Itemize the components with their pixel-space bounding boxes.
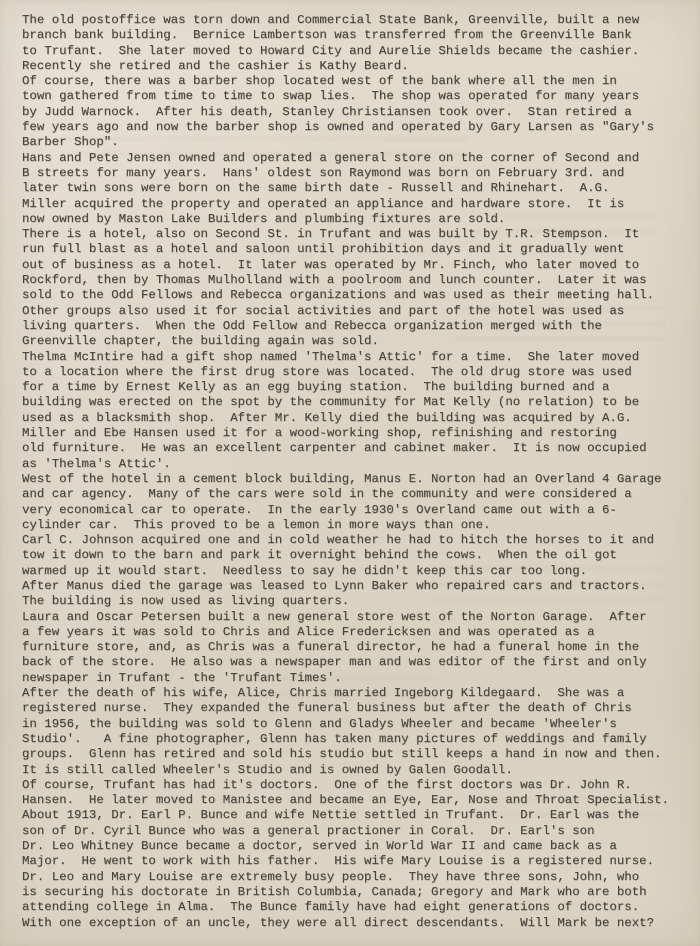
text-line: sold to the Odd Fellows and Rebecca orga…: [22, 288, 690, 303]
text-line: tow it down to the barn and park it over…: [22, 548, 690, 563]
text-line: Dr. Leo Whitney Bunce became a doctor, s…: [22, 839, 690, 854]
text-line: attending college in Alma. The Bunce fam…: [22, 900, 690, 915]
text-line: Major. He went to work with his father. …: [22, 854, 690, 869]
text-line: to Trufant. She later moved to Howard Ci…: [22, 44, 690, 59]
text-line: The old postoffice was torn down and Com…: [22, 13, 690, 28]
text-line: building was erected on the spot by the …: [22, 395, 690, 410]
text-line: out of business as a hotel. It later was…: [22, 258, 690, 273]
text-line: living quarters. When the Odd Fellow and…: [22, 319, 690, 334]
text-line: Hans and Pete Jensen owned and operated …: [22, 151, 690, 166]
text-line: Of course, Trufant has had it's doctors.…: [22, 778, 690, 793]
text-line: few years ago and now the barber shop is…: [22, 120, 690, 135]
typewritten-text: The old postoffice was torn down and Com…: [22, 13, 690, 931]
text-line: is securing his doctorate in British Col…: [22, 885, 690, 900]
text-line: Greenville chapter, the building again w…: [22, 334, 690, 349]
text-line: Rockford, then by Thomas Mulholland with…: [22, 273, 690, 288]
text-line: old furniture. He was an excellent carpe…: [22, 441, 690, 456]
text-line: son of Dr. Cyril Bunce who was a general…: [22, 824, 690, 839]
text-line: to a location where the first drug store…: [22, 365, 690, 380]
scanned-document-page: The old postoffice was torn down and Com…: [0, 0, 700, 946]
text-line: There is a hotel, also on Second St. in …: [22, 227, 690, 242]
text-line: About 1913, Dr. Earl P. Bunce and wife N…: [22, 808, 690, 823]
text-line: later twin sons were born on the same bi…: [22, 181, 690, 196]
text-line: Hansen. He later moved to Manistee and b…: [22, 793, 690, 808]
text-line: With one exception of an uncle, they wer…: [22, 916, 690, 931]
text-line: West of the hotel in a cement block buil…: [22, 472, 690, 487]
text-line: registered nurse. They expanded the fune…: [22, 701, 690, 716]
text-line: cylinder car. This proved to be a lemon …: [22, 518, 690, 533]
text-line: for a time by Ernest Kelly as an egg buy…: [22, 380, 690, 395]
text-line: Thelma McIntire had a gift shop named 'T…: [22, 350, 690, 365]
text-line: and car agency. Many of the cars were so…: [22, 487, 690, 502]
text-line: very economical car to operate. In the e…: [22, 503, 690, 518]
text-line: Laura and Oscar Petersen built a new gen…: [22, 610, 690, 625]
text-line: in 1956, the building was sold to Glenn …: [22, 717, 690, 732]
text-line: town gathered from time to time to swap …: [22, 89, 690, 104]
text-line: After the death of his wife, Alice, Chri…: [22, 686, 690, 701]
text-line: by Judd Warnock. After his death, Stanle…: [22, 105, 690, 120]
text-line: newspaper in Trufant - the 'Trufant Time…: [22, 671, 690, 686]
text-line: warmed up it would start. Needless to sa…: [22, 564, 690, 579]
text-line: Carl C. Johnson acquired one and in cold…: [22, 533, 690, 548]
text-line: Other groups also used it for social act…: [22, 304, 690, 319]
text-line: B streets for many years. Hans' oldest s…: [22, 166, 690, 181]
text-line: Dr. Leo and Mary Louise are extremely bu…: [22, 870, 690, 885]
text-line: Miller acquired the property and operate…: [22, 197, 690, 212]
text-line: Recently she retired and the cashier is …: [22, 59, 690, 74]
text-line: now owned by Maston Lake Builders and pl…: [22, 212, 690, 227]
text-line: It is still called Wheeler's Studio and …: [22, 763, 690, 778]
text-line: run full blast as a hotel and saloon unt…: [22, 242, 690, 257]
text-line: Studio'. A fine photographer, Glenn has …: [22, 732, 690, 747]
text-line: After Manus died the garage was leased t…: [22, 579, 690, 594]
text-line: branch bank building. Bernice Lambertson…: [22, 28, 690, 43]
text-line: a few years it was sold to Chris and Ali…: [22, 625, 690, 640]
text-line: The building is now used as living quart…: [22, 594, 690, 609]
text-line: furniture store, and, as Chris was a fun…: [22, 640, 690, 655]
text-line: Barber Shop".: [22, 135, 690, 150]
text-line: used as a blacksmith shop. After Mr. Kel…: [22, 411, 690, 426]
text-line: Miller and Ebe Hansen used it for a wood…: [22, 426, 690, 441]
text-line: groups. Glenn has retired and sold his s…: [22, 747, 690, 762]
text-line: Of course, there was a barber shop locat…: [22, 74, 690, 89]
text-line: as 'Thelma's Attic'.: [22, 457, 690, 472]
text-line: back of the store. He also was a newspap…: [22, 655, 690, 670]
